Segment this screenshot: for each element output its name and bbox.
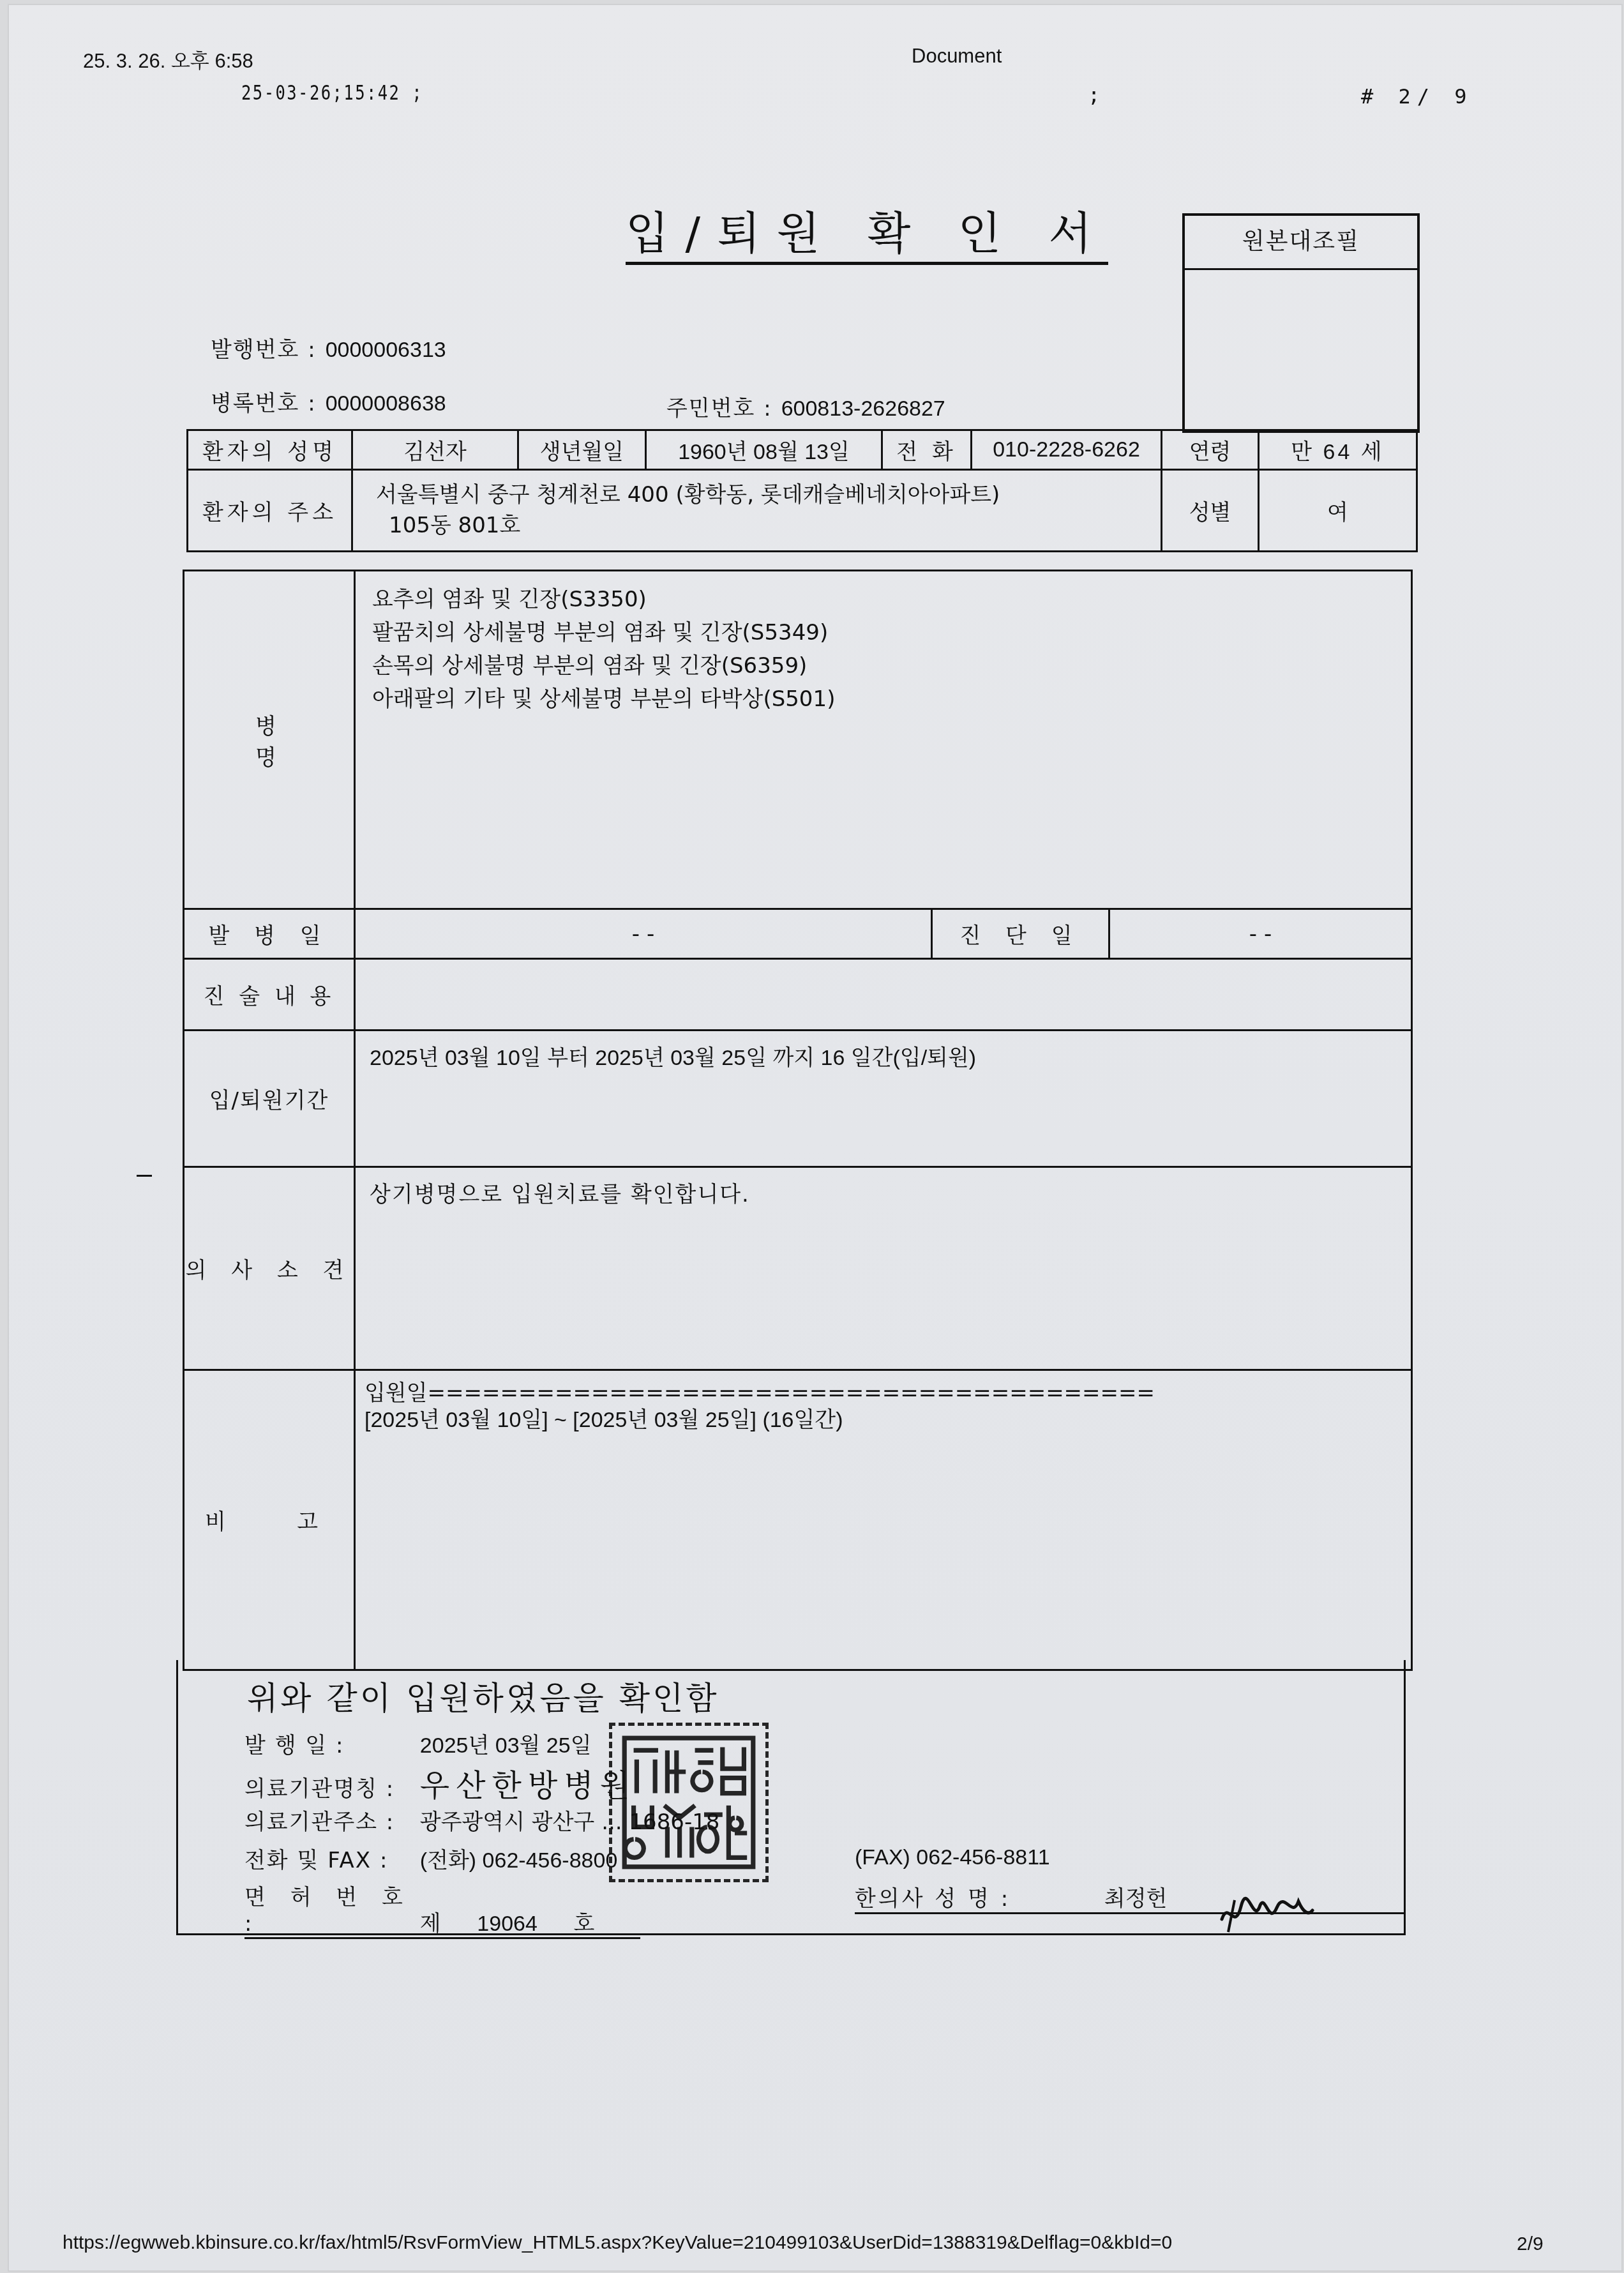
issue-date-value: 2025년 03월 25일 (420, 1733, 592, 1758)
medical-details-table: 병 명 요추의 염좌 및 긴장(S3350) 팔꿈치의 상세불명 부분의 염좌 … (183, 570, 1413, 1671)
print-url: https://egwweb.kbinsure.co.kr/fax/html5/… (63, 2232, 1172, 2254)
sex-value: 여 (1259, 470, 1417, 552)
age-value: 만 64 세 (1259, 430, 1417, 470)
diagnosis-date-value: - - (1109, 909, 1412, 959)
license-value: 제 19064 호 (420, 1912, 595, 1936)
phone-fax-row: 전화 및 FAX : (전화) 062-456-8800 (244, 1843, 617, 1874)
statement-value (355, 959, 1412, 1031)
issue-number-label: 발행번호 : (211, 332, 317, 363)
print-page-indicator: 2/9 (1517, 2233, 1544, 2255)
diagnosis-item: 팔꿈치의 상세불명 부분의 염좌 및 긴장(S5349) (372, 616, 1411, 649)
diagnosis-label: 병 명 (184, 571, 355, 909)
diagnosis-list: 요추의 염좌 및 긴장(S3350) 팔꿈치의 상세불명 부분의 염좌 및 긴장… (355, 571, 1412, 909)
period-label: 입/퇴원기간 (184, 1031, 355, 1167)
institution-name-label: 의료기관명칭 : (244, 1771, 413, 1802)
age-label: 연령 (1162, 430, 1259, 470)
print-page-title: Document (912, 45, 1002, 68)
doctor-name: 최정헌 (1104, 1886, 1168, 1912)
doctor-row: 한의사 성 명 : 최정헌 (855, 1881, 1404, 1914)
doctor-label: 한의사 성 명 : (855, 1881, 1097, 1912)
record-number: 병록번호 :0000008638 (211, 386, 446, 417)
birth-label: 생년월일 (518, 430, 646, 470)
opinion-label: 의 사 소 견 (184, 1167, 355, 1370)
fax-separator: ; (1088, 83, 1100, 107)
institution-name-value: 우산한방병원 (420, 1768, 636, 1804)
remarks-line-1: 입원일=====================================… (365, 1380, 1156, 1407)
institution-address-label: 의료기관주소 : (244, 1804, 413, 1836)
record-number-value: 0000008638 (326, 391, 446, 416)
resident-number: 주민번호 :600813-2626827 (666, 391, 945, 422)
institution-fax: (FAX) 062-456-8811 (855, 1845, 1050, 1870)
fax-timestamp: 25-03-26;15:42 ; (241, 80, 423, 105)
resident-number-value: 600813-2626827 (781, 396, 945, 421)
issue-number-value: 0000006313 (326, 338, 446, 362)
license-row: 면 허 번 호 : 제 19064 호 (244, 1880, 640, 1939)
issue-number: 발행번호 :0000006313 (211, 332, 446, 363)
opinion-value: 상기병명으로 입원치료를 확인합니다. (355, 1167, 1412, 1370)
patient-address: 서울특별시 중구 청계천로 400 (황학동, 롯데캐슬베네치아아파트) 105… (352, 470, 1162, 552)
margin-mark (137, 1175, 152, 1177)
patient-name-label: 환자의 성명 (188, 430, 352, 470)
diagnosis-item: 아래팔의 기타 및 상세불명 부분의 타박상(S501) (372, 683, 1411, 716)
record-number-label: 병록번호 : (211, 386, 317, 417)
document-page: 25. 3. 26. 오후 6:58 Document 25-03-26;15:… (9, 5, 1621, 2270)
original-check-label: 원본대조필 (1185, 216, 1417, 270)
onset-label: 발 병 일 (184, 909, 355, 959)
patient-name: 김선자 (352, 430, 518, 470)
issue-date-label: 발 행 일 : (244, 1728, 413, 1759)
institution-name-row: 의료기관명칭 : 우산한방병원 (244, 1761, 636, 1805)
document-title: 입/퇴원 확 인 서 (626, 208, 1108, 265)
diagnosis-item: 요추의 염좌 및 긴장(S3350) (372, 583, 1411, 616)
license-label: 면 허 번 호 : (244, 1880, 413, 1937)
remarks-line-2: [2025년 03월 10일] ~ [2025년 03월 25일] (16일간) (365, 1407, 1411, 1433)
address-label: 환자의 주소 (188, 470, 352, 552)
phone-label: 전 화 (882, 430, 972, 470)
phone-number: 010-2228-6262 (972, 430, 1162, 470)
remarks-value: 입원일=====================================… (355, 1370, 1412, 1670)
address-line-2: 105동 801호 (376, 510, 1161, 541)
handwritten-signature-icon (1215, 1887, 1318, 1941)
diagnosis-item: 손목의 상세불명 부분의 염좌 및 긴장(S6359) (372, 649, 1411, 683)
address-line-1: 서울특별시 중구 청계천로 400 (황학동, 롯데캐슬베네치아아파트) (376, 480, 1161, 510)
phone-fax-label: 전화 및 FAX : (244, 1843, 413, 1874)
sex-label: 성별 (1162, 470, 1259, 552)
resident-number-label: 주민번호 : (666, 391, 772, 422)
diagnosis-items: 요추의 염좌 및 긴장(S3350) 팔꿈치의 상세불명 부분의 염좌 및 긴장… (356, 571, 1411, 716)
diagnosis-date-label: 진 단 일 (932, 909, 1109, 959)
period-value: 2025년 03월 10일 부터 2025년 03월 25일 까지 16 일간(… (355, 1031, 1412, 1167)
original-check-box: 원본대조필 (1182, 213, 1420, 433)
remarks-label-left: 비 (205, 1504, 226, 1536)
patient-info-table: 환자의 성명 김선자 생년월일 1960년 08월 13일 전 화 010-22… (186, 429, 1418, 552)
birth-date: 1960년 08월 13일 (646, 430, 882, 470)
statement-label: 진 술 내 용 (184, 959, 355, 1031)
confirmation-statement: 위와 같이 입원하였음을 확인함 (247, 1673, 719, 1719)
fax-page-number: # 2/ 9 (1361, 84, 1473, 109)
print-datetime: 25. 3. 26. 오후 6:58 (83, 45, 253, 73)
official-seal-icon (609, 1723, 769, 1882)
onset-value: - - (355, 909, 932, 959)
remarks-label-right: 고 (297, 1504, 318, 1536)
institution-phone: (전화) 062-456-8800 (420, 1848, 618, 1873)
remarks-label: 비 고 (184, 1370, 355, 1670)
issue-date-row: 발 행 일 : 2025년 03월 25일 (244, 1728, 592, 1759)
